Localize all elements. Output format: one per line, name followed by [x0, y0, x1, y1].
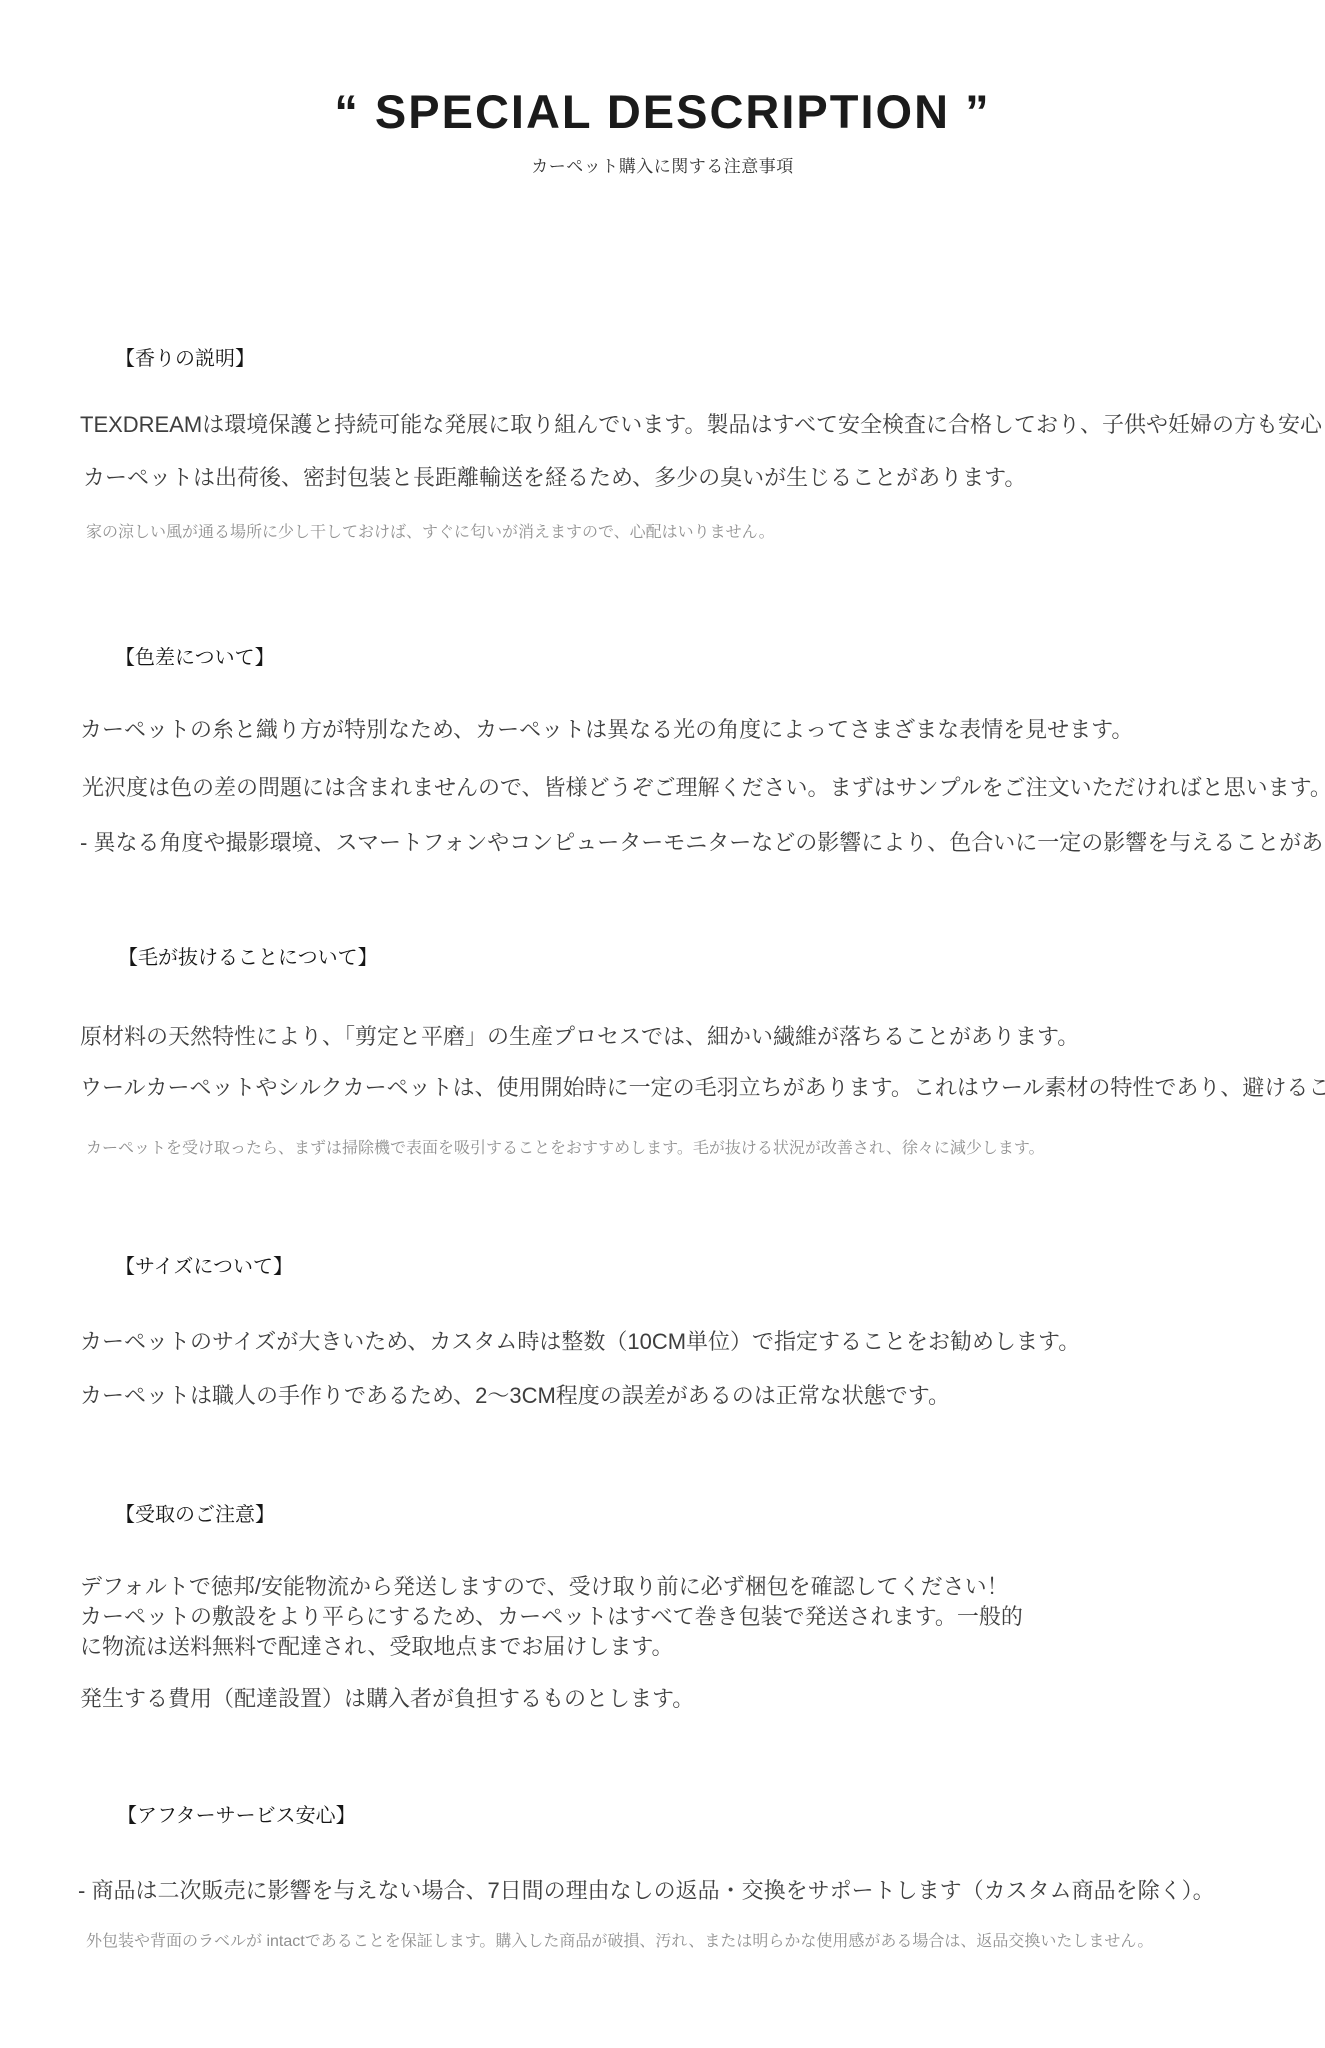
section-heading-color-difference: 【色差について】	[115, 641, 275, 670]
section-heading-receiving: 【受取のご注意】	[115, 1498, 275, 1527]
section-heading-shedding: 【毛が抜けることについて】	[118, 941, 378, 970]
section-heading-size: 【サイズについて】	[115, 1250, 293, 1279]
page-title: “ SPECIAL DESCRIPTION ”	[0, 84, 1325, 139]
size-paragraph-1: カーペットのサイズが大きいため、カスタム時は整数（10CM単位）で指定することを…	[80, 1325, 1080, 1356]
after-service-note: 外包装や背面のラベルが intactであることを保証します。購入した商品が破損、…	[86, 1928, 1153, 1951]
receiving-shipping-line-2: カーペットの敷設をより平らにするため、カーペットはすべて巻き包装で発送されます。…	[80, 1602, 1023, 1632]
section-heading-after-service: 【アフターサービス安心】	[117, 1799, 356, 1828]
section-heading-scent: 【香りの説明】	[115, 342, 255, 371]
scent-note: 家の涼しい風が通る場所に少し干しておけば、すぐに匂いが消えますので、心配はいりま…	[86, 519, 775, 542]
shedding-paragraph-1: 原材料の天然特性により、「剪定と平磨」の生産プロセスでは、細かい繊維が落ちること…	[80, 1020, 1079, 1051]
shedding-paragraph-2: ウールカーペットやシルクカーペットは、使用開始時に一定の毛羽立ちがあります。これ…	[80, 1071, 1325, 1102]
shedding-note: カーペットを受け取ったら、まずは掃除機で表面を吸引することをおすすめします。毛が…	[86, 1135, 1045, 1158]
receiving-shipping-line-1: デフォルトで徳邦/安能物流から発送しますので、受け取り前に必ず梱包を確認してくだ…	[80, 1572, 1009, 1602]
color-paragraph-3: - 異なる角度や撮影環境、スマートフォンやコンピューターモニターなどの影響により…	[80, 826, 1325, 857]
color-paragraph-2: 光沢度は色の差の問題には含まれませんので、皆様どうぞご理解ください。まずはサンプ…	[82, 771, 1325, 802]
color-paragraph-1: カーペットの糸と織り方が特別なため、カーペットは異なる光の角度によってさまざまな…	[80, 713, 1133, 744]
receiving-cost-paragraph: 発生する費用（配達設置）は購入者が負担するものとします。	[80, 1682, 694, 1713]
scent-paragraph-2: カーペットは出荷後、密封包装と長距離輸送を経るため、多少の臭いが生じることがあり…	[83, 461, 1026, 492]
size-paragraph-2: カーペットは職人の手作りであるため、2〜3CM程度の誤差があるのは正常な状態です…	[80, 1379, 950, 1410]
special-description-page: “ SPECIAL DESCRIPTION ” カーペット購入に関する注意事項 …	[0, 0, 1325, 2048]
scent-paragraph-1: TEXDREAMは環境保護と持続可能な発展に取り組んでいます。製品はすべて安全検…	[80, 408, 1325, 439]
receiving-shipping-line-3: に物流は送料無料で配達され、受取地点までお届けします。	[80, 1632, 674, 1662]
after-service-paragraph-1: - 商品は二次販売に影響を与えない場合、7日間の理由なしの返品・交換をサポートし…	[78, 1874, 1215, 1905]
page-subtitle: カーペット購入に関する注意事項	[0, 152, 1325, 177]
